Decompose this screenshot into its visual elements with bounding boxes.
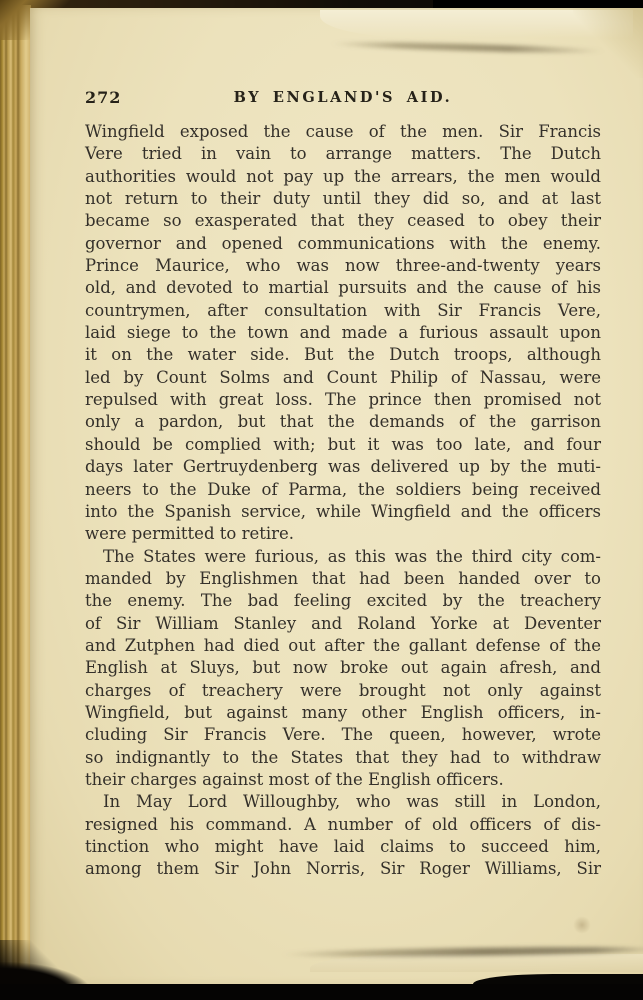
text-line: led by Count Solms and Count Philip of N… bbox=[85, 367, 601, 389]
paragraph: The States were furious, as this was the… bbox=[85, 546, 601, 792]
binding-bottom-bar bbox=[0, 984, 643, 1000]
text-line: only a pardon, but that the demands of t… bbox=[85, 411, 601, 433]
text-line: The States were furious, as this was the… bbox=[85, 546, 601, 568]
text-line: Vere tried in vain to arrange matters. T… bbox=[85, 143, 601, 165]
text-line: charges of treachery were brought not on… bbox=[85, 680, 601, 702]
text-line: the enemy. The bad feeling excited by th… bbox=[85, 590, 601, 612]
text-line: should be complied with; but it was too … bbox=[85, 434, 601, 456]
text-line: countrymen, after consultation with Sir … bbox=[85, 300, 601, 322]
text-line: cluding Sir Francis Vere. The queen, how… bbox=[85, 724, 601, 746]
text-line: of Sir William Stanley and Roland Yorke … bbox=[85, 613, 601, 635]
text-line: neers to the Duke of Parma, the soldiers… bbox=[85, 479, 601, 501]
text-body: Wingfield exposed the cause of the men. … bbox=[85, 121, 601, 881]
text-line: English at Sluys, but now broke out agai… bbox=[85, 657, 601, 679]
text-line: manded by Englishmen that had been hande… bbox=[85, 568, 601, 590]
text-line: became so exasperated that they ceased t… bbox=[85, 210, 601, 232]
page-fold-shadow bbox=[330, 40, 605, 55]
text-line: and Zutphen had died out after the galla… bbox=[85, 635, 601, 657]
text-line: so indignantly to the States that they h… bbox=[85, 747, 601, 769]
text-line: In May Lord Willoughby, who was still in… bbox=[85, 791, 601, 813]
page-stack-left-edge bbox=[0, 5, 31, 988]
paragraph: Wingfield exposed the cause of the men. … bbox=[85, 121, 601, 546]
text-line: repulsed with great loss. The prince the… bbox=[85, 389, 601, 411]
text-line: were permitted to retire. bbox=[85, 523, 601, 545]
text-line: resigned his command. A number of old of… bbox=[85, 814, 601, 836]
text-line: authorities would not pay up the arrears… bbox=[85, 166, 601, 188]
text-line: into the Spanish service, while Wingfiel… bbox=[85, 501, 601, 523]
text-line: Wingfield, but against many other Englis… bbox=[85, 702, 601, 724]
book-page: 272 BY ENGLAND'S AID. Wingfield exposed … bbox=[30, 8, 643, 986]
text-line: tinction who might have laid claims to s… bbox=[85, 836, 601, 858]
running-title: BY ENGLAND'S AID. bbox=[85, 89, 601, 106]
text-line: laid siege to the town and made a furiou… bbox=[85, 322, 601, 344]
paragraph: In May Lord Willoughby, who was still in… bbox=[85, 791, 601, 880]
text-line: Prince Maurice, who was now three-and-tw… bbox=[85, 255, 601, 277]
text-line: Wingfield exposed the cause of the men. … bbox=[85, 121, 601, 143]
text-line: days later Gertruydenberg was delivered … bbox=[85, 456, 601, 478]
book-scan-photo: 272 BY ENGLAND'S AID. Wingfield exposed … bbox=[0, 0, 643, 1000]
text-line: governor and opened communications with … bbox=[85, 233, 601, 255]
page-header: 272 BY ENGLAND'S AID. bbox=[85, 88, 601, 110]
text-line: not return to their duty until they did … bbox=[85, 188, 601, 210]
text-line: their charges against most of the Englis… bbox=[85, 769, 601, 791]
text-line: old, and devoted to martial pursuits and… bbox=[85, 277, 601, 299]
page-stain bbox=[573, 916, 591, 934]
text-line: it on the water side. But the Dutch troo… bbox=[85, 344, 601, 366]
text-line: among them Sir John Norris, Sir Roger Wi… bbox=[85, 858, 601, 880]
page-corner-shading bbox=[573, 8, 643, 78]
